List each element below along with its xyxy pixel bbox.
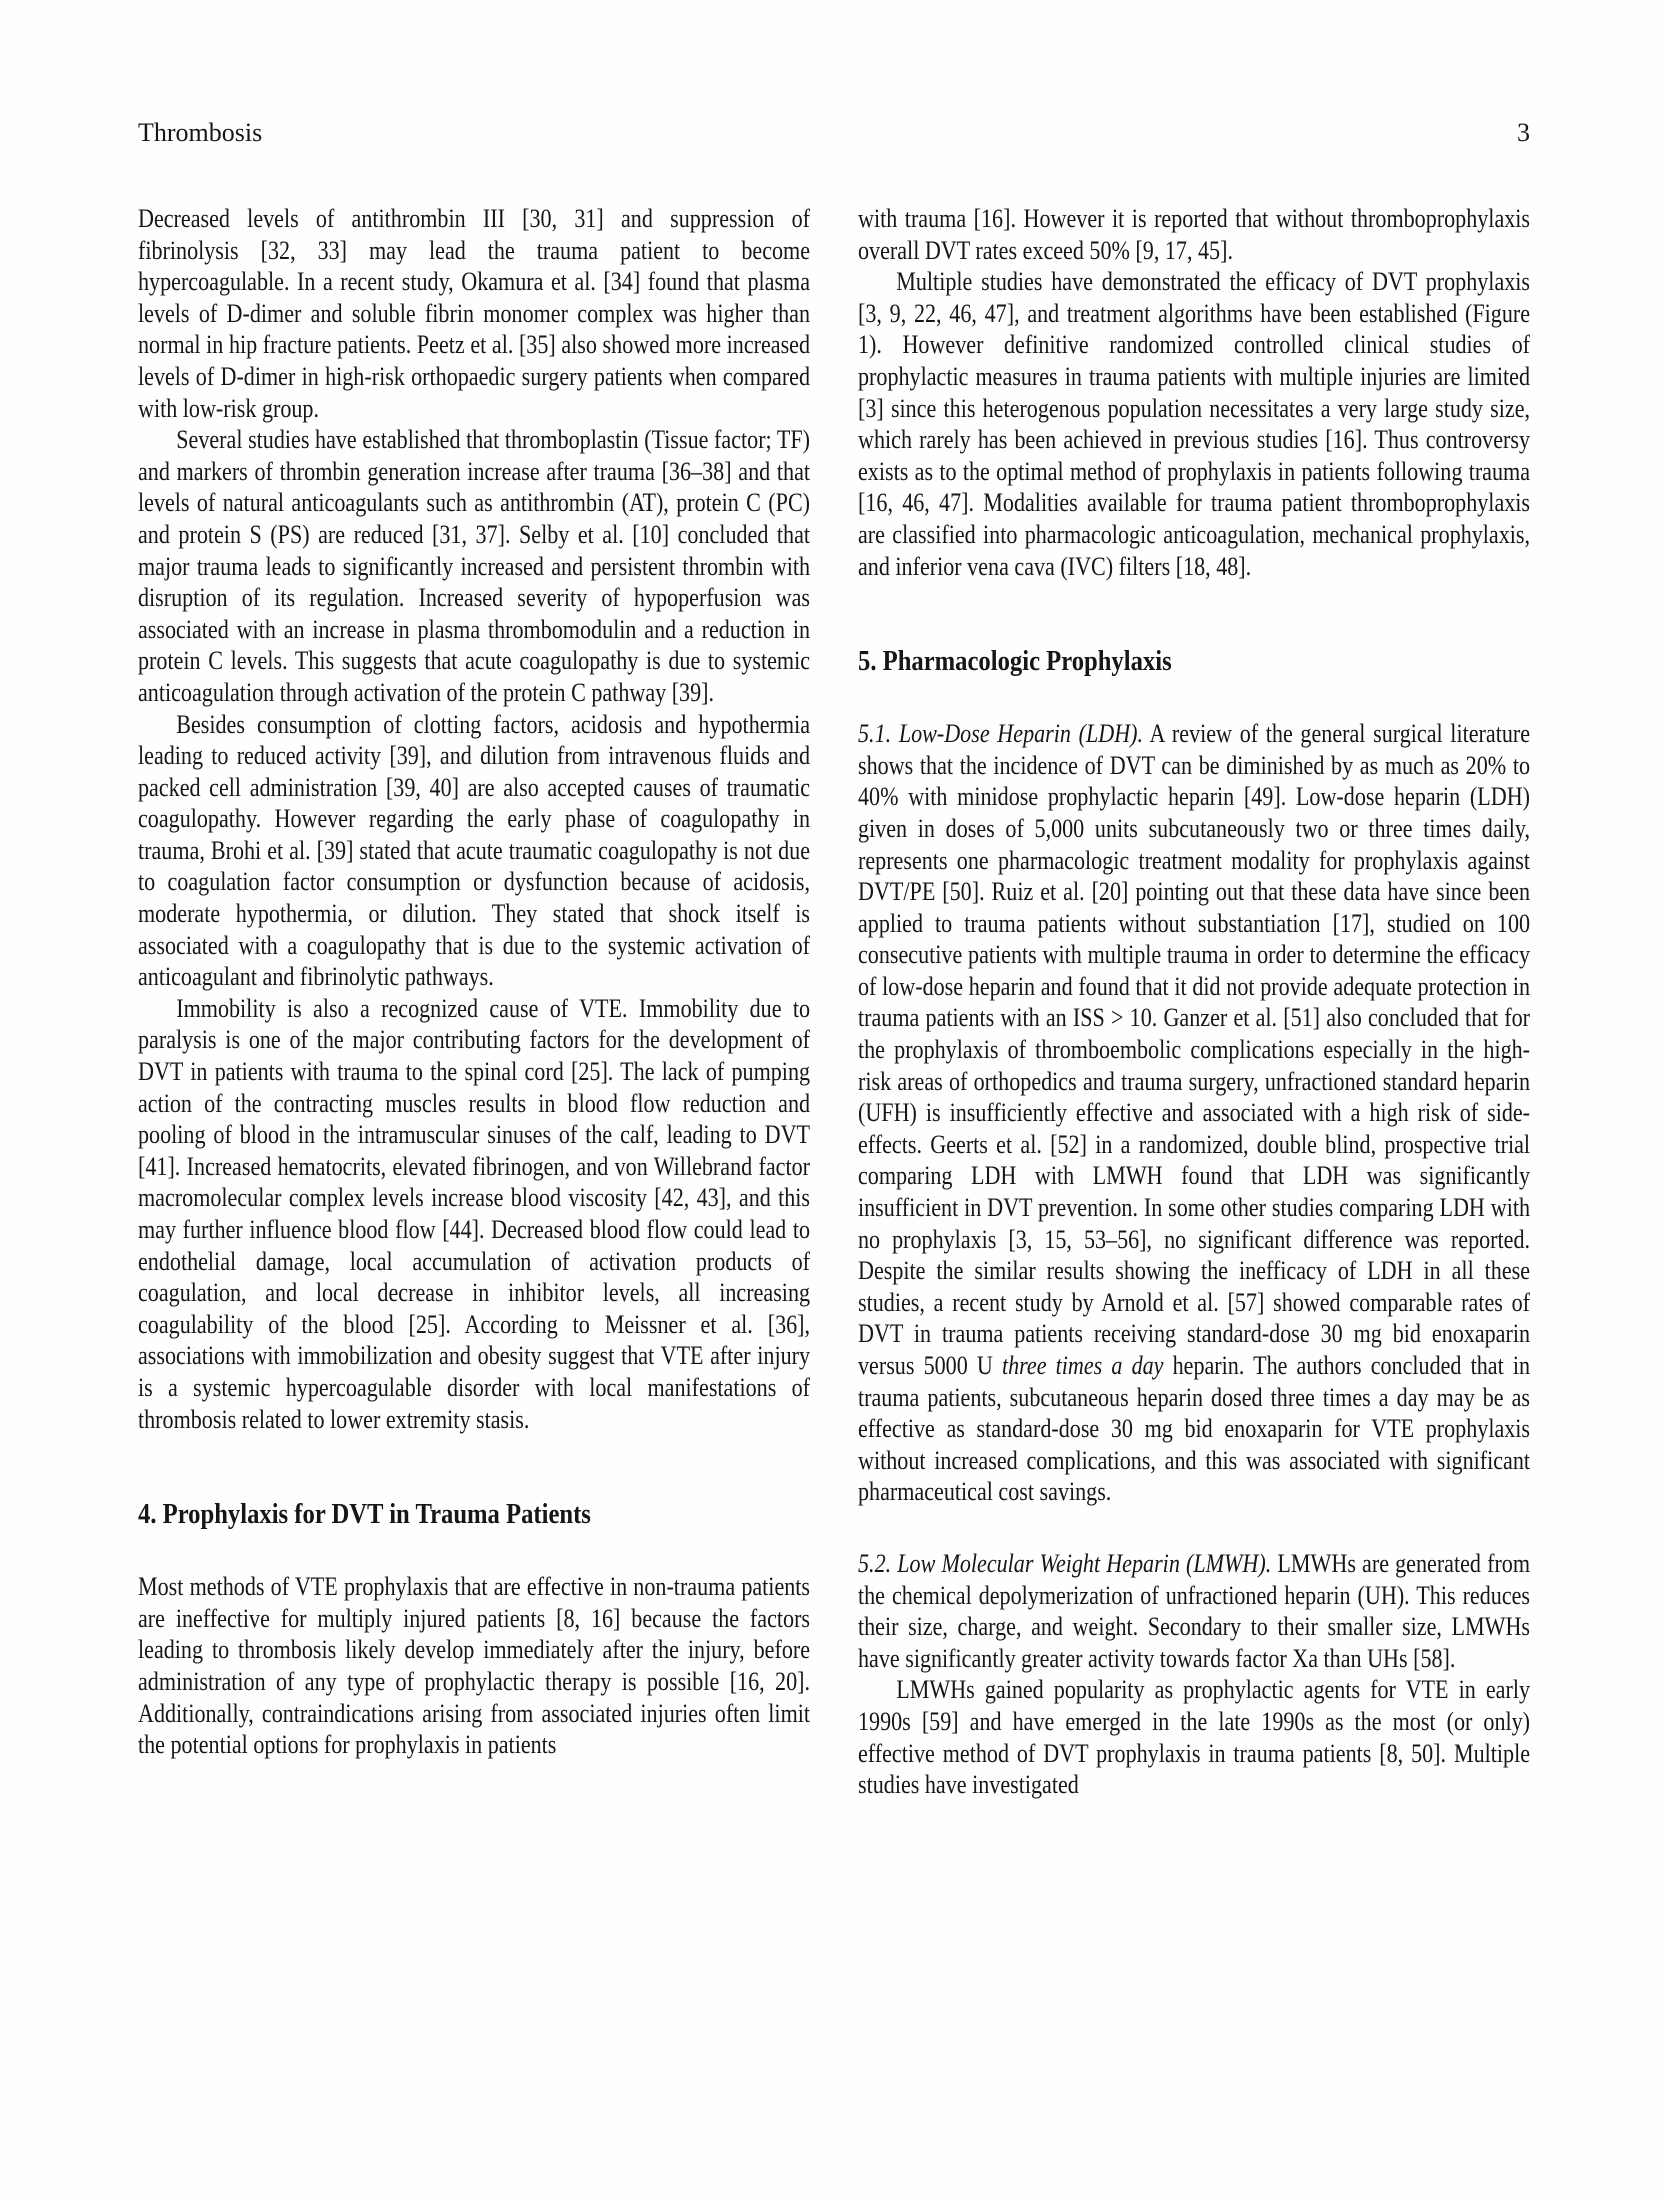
italic-text-run: 5.2. Low Molecular Weight Heparin (LMWH)… (858, 1549, 1271, 1578)
paragraph-dvt-rates-continuation: with trauma [16]. However it is reported… (858, 203, 1530, 266)
text-run: A review of the general surgical literat… (858, 719, 1530, 1380)
paragraph-5-1-low-dose-heparin: 5.1. Low-Dose Heparin (LDH). A review of… (858, 718, 1530, 1508)
text-run: Decreased levels of antithrombin III [30… (138, 204, 810, 423)
section-heading-4-prophylaxis: 4. Prophylaxis for DVT in Trauma Patient… (138, 1497, 810, 1531)
paragraph-prophylaxis-intro: Most methods of VTE prophylaxis that are… (138, 1571, 810, 1761)
text-run: Most methods of VTE prophylaxis that are… (138, 1572, 810, 1759)
italic-text-run: three times a day (1002, 1351, 1164, 1380)
left-column: Decreased levels of antithrombin III [30… (138, 203, 810, 1761)
running-title: Thrombosis (138, 118, 262, 148)
paragraph-multiple-studies: Multiple studies have demonstrated the e… (858, 266, 1530, 582)
italic-text-run: 5.1. Low-Dose Heparin (LDH). (858, 719, 1143, 748)
paragraph-5-2-lmwh: 5.2. Low Molecular Weight Heparin (LMWH)… (858, 1548, 1530, 1674)
paragraph-hypercoagulability: Decreased levels of antithrombin III [30… (138, 203, 810, 424)
paragraph-coagulopathy-causes: Besides consumption of clotting factors,… (138, 709, 810, 993)
text-run: Immobility is also a recognized cause of… (138, 994, 810, 1434)
text-run: with trauma [16]. However it is reported… (858, 204, 1530, 265)
text-run: Several studies have established that th… (138, 425, 810, 707)
right-column: with trauma [16]. However it is reported… (858, 203, 1530, 1801)
text-run: LMWHs gained popularity as prophylactic … (858, 1675, 1530, 1799)
two-column-body: Decreased levels of antithrombin III [30… (138, 203, 1530, 2133)
paragraph-immobility: Immobility is also a recognized cause of… (138, 993, 810, 1435)
section-heading-5-pharmacologic: 5. Pharmacologic Prophylaxis (858, 644, 1530, 678)
text-run: Multiple studies have demonstrated the e… (858, 267, 1530, 580)
paragraph-thromboplastin: Several studies have established that th… (138, 424, 810, 708)
text-run: Besides consumption of clotting factors,… (138, 710, 810, 992)
page-header: Thrombosis 3 (138, 118, 1530, 148)
paper-page: Thrombosis 3 Decreased levels of antithr… (0, 0, 1667, 2200)
paragraph-lmwh-popularity: LMWHs gained popularity as prophylactic … (858, 1674, 1530, 1800)
page-number: 3 (1517, 118, 1530, 148)
